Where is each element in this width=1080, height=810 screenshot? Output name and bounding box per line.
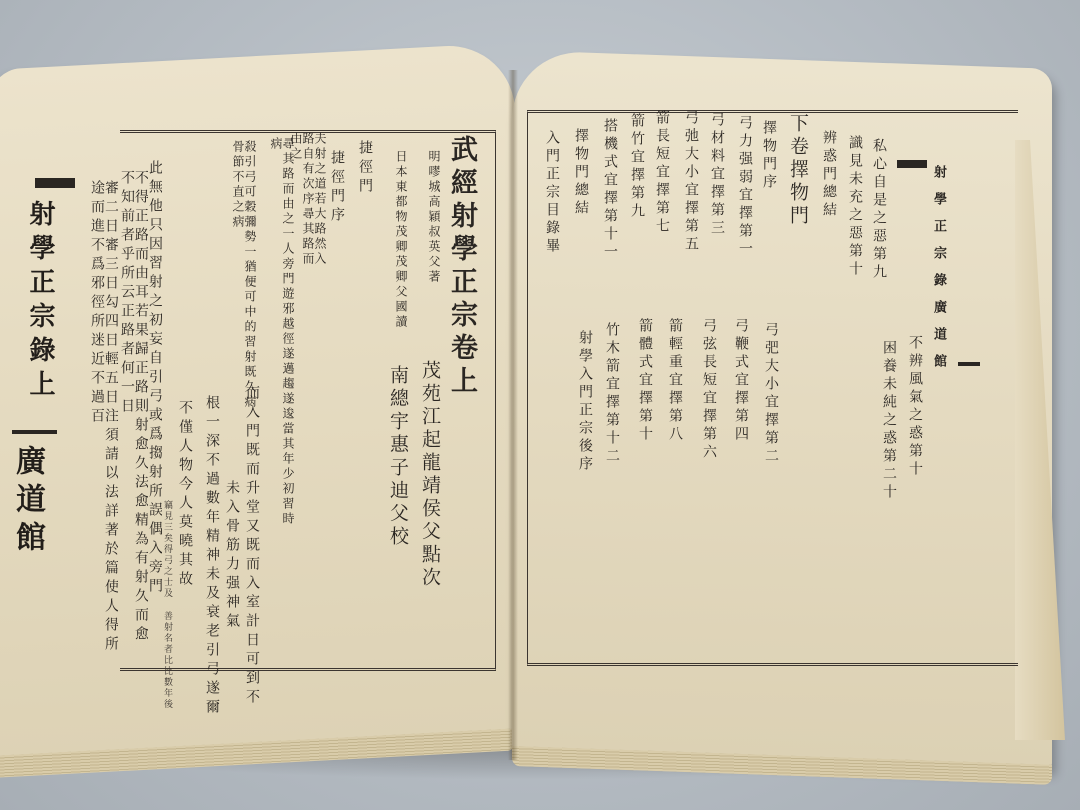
body-column: 此無他只因習射之初妄自引弓或爲搊射所誤偶入旁門 [148, 160, 162, 630]
spine-title: 射學正宗錄上 [22, 200, 59, 404]
author-credit: 明嘐城高穎叔英父著 [428, 150, 440, 285]
body-column: 未入骨筋力强神氣 [225, 480, 239, 632]
subsection-heading: 捷徑門序 [330, 150, 344, 226]
toc-entry: 箭輕重宜擇第八 [668, 318, 682, 444]
spine-fish-tail-mark [897, 160, 927, 168]
spine-fish-tail-mark [35, 178, 75, 188]
body-column: 根一深不過數年精神未及衰老引弓遂爾 [205, 395, 219, 718]
toc-end-marker: 入門正宗目錄畢 [545, 130, 559, 256]
body-column: 尋其路而由之一人旁門遊邪越徑遂邁趨遂逡當其年少初習時病 [270, 137, 294, 537]
book-gutter [508, 70, 518, 760]
annotation-column: 竊見三矣得弓之士及 善射名者比比數年後 [162, 500, 171, 710]
toc-entry: 識見未充之惡第十 [848, 135, 862, 279]
toc-entry: 弓弛大小宜擇第五 [684, 110, 698, 254]
punctuator-credit: 茂苑江起龍靖侯父點次 [420, 360, 439, 590]
body-column: 審二日審三日勾四日輕五日注須請以法詳著於篇使人得所途而進不爲邪徑所迷近不過百 [90, 180, 118, 660]
editor-credit: 南總宇惠子迪父校 [388, 365, 407, 549]
toc-entry: 弓鞭式宜擇第四 [734, 318, 748, 444]
toc-entry: 箭竹宜擇第九 [630, 113, 644, 221]
toc-entry: 擇物門序 [762, 120, 776, 192]
toc-entry: 搭機式宜擇第十一 [603, 118, 617, 262]
spine-publisher: 廣道館 [5, 445, 49, 559]
toc-entry: 私心自是之惡第九 [872, 138, 886, 282]
reader-credit: 日本東都物茂卿茂卿父國讀 [395, 150, 407, 330]
body-column: 不僅人物今人莫曉其故 [178, 400, 192, 590]
spine-divider [12, 430, 57, 434]
toc-entry: 困養未純之惑第二十 [882, 340, 896, 502]
toc-entry: 竹木箭宜擇第十二 [605, 322, 619, 466]
toc-entry: 弓弦長短宜擇第六 [702, 318, 716, 462]
spine-divider [958, 362, 980, 366]
section-heading: 捷徑門 [358, 140, 372, 197]
toc-entry: 擇物門總結 [574, 128, 588, 218]
section-heading: 下卷擇物門 [788, 113, 807, 228]
body-column: 不得正路而由耳若果歸正路則射愈久法愈精為有射久而愈不知前者乎所云正路者何一日 [120, 170, 148, 650]
toc-entry: 箭長短宜擇第七 [655, 110, 669, 236]
toc-entry: 射學入門正宗後序 [578, 330, 592, 474]
toc-entry: 弓材料宜擇第三 [710, 112, 724, 238]
toc-entry: 弓力强弱宜擇第一 [738, 115, 752, 259]
page-title: 武經射學正宗卷上 [448, 135, 475, 399]
toc-entry: 辨惑門總結 [822, 130, 836, 220]
body-column: 夫射之道若大路然入路自有次序尋其路而由之 [290, 132, 326, 272]
toc-entry: 不辨風氣之惑第十 [908, 335, 922, 479]
right-spine-text: 射學正宗錄廣道館 [932, 165, 945, 381]
toc-entry: 箭體式宜擇第十 [638, 318, 652, 444]
body-column: 殺引弓可穀彌勢一猶便可中的習射既久病 骨節不直之病 [232, 140, 256, 440]
toc-entry: 弓弝大小宜擇第二 [764, 322, 778, 466]
